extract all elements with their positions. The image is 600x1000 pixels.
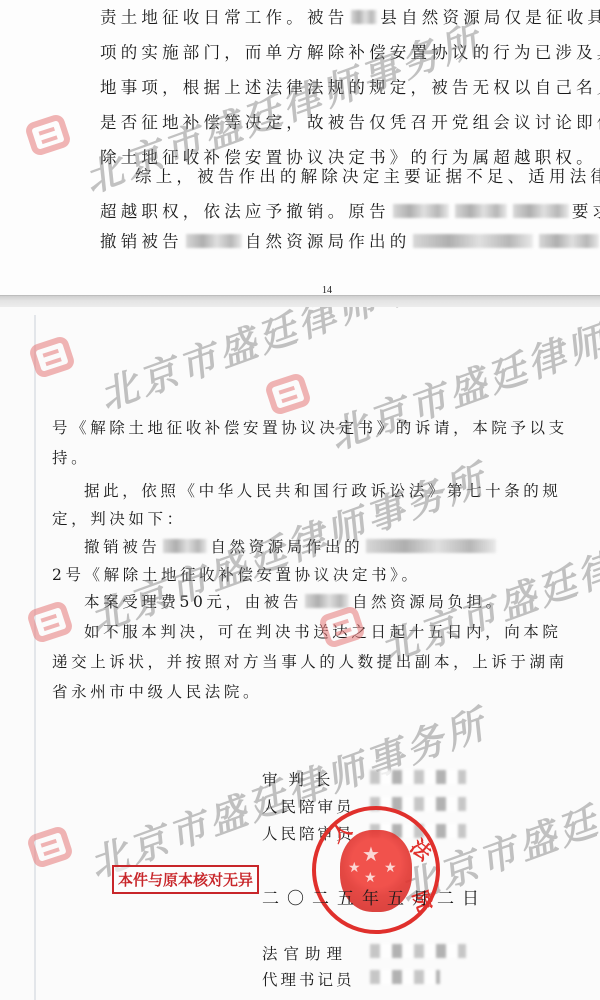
redacted-name [370, 970, 440, 984]
signature-role-acting-clerk: 代理书记员 [262, 968, 355, 990]
text-line: 项的实施部门，而单方解除补偿安置协议的行为已涉及具体征 [100, 43, 600, 63]
redacted-name [370, 770, 466, 784]
text-line: 2号《解除土地征收补偿安置协议决定书》。 [52, 565, 421, 585]
text-line: 持。 [52, 448, 90, 468]
redacted-text [163, 539, 207, 553]
text-line: 除土地征收补偿安置协议决定书》的行为属超越职权。 [100, 148, 597, 168]
certified-copy-stamp: 本件与原本核对无异 [112, 865, 259, 894]
text-line: 撤销被告自然资源局作出的 [84, 537, 499, 557]
redacted-text [186, 234, 242, 248]
signature-role-judge-assistant: 法官助理 [262, 942, 348, 964]
signature-role-chief-judge: 审 判 长 [262, 768, 333, 790]
text-line: 地事项，根据上述法律法规的规定，被告无权以自己名义作出 [100, 78, 600, 98]
page-margin-rule [34, 315, 36, 1000]
text-line: 本案受理费50元，由被告自然资源局负担。 [84, 592, 505, 612]
judgment-date: 二〇二五年五月二日 [262, 884, 487, 909]
text-line: 定，判决如下： [52, 509, 186, 529]
redacted-text [393, 204, 449, 218]
text-line: 撤销被告自然资源局作出的 [100, 232, 600, 252]
watermark-logo-icon [24, 113, 73, 158]
text-line: 是否征地补偿等决定，故被告仅凭召开党组会议讨论即作出《解 [100, 113, 600, 133]
redacted-text [539, 234, 599, 248]
text-line: 超越职权，依法应予撤销。原告要求 [100, 202, 600, 222]
watermark-text: 北京市盛廷律师事务所 [91, 307, 504, 420]
watermark-logo-icon [264, 372, 313, 417]
text-line: 递交上诉状，并按照对方当事人的人数提出副本，上诉于湖南 [52, 652, 568, 672]
redacted-text [305, 594, 349, 608]
text-line: 综上，被告作出的解除决定主要证据不足、适用法律错误、 [135, 167, 600, 187]
redacted-text [413, 234, 533, 248]
redacted-text [366, 539, 496, 553]
redacted-text [513, 204, 569, 218]
text-line: 如不服本判决，可在判决书送达之日起十五日内，向本院 [84, 622, 562, 642]
star-icon: ★ [384, 860, 397, 876]
court-seal: ★ ★ ★ ★ 人 法 院 [312, 806, 440, 934]
redacted-text [455, 204, 507, 218]
text-line: 号《解除土地征收补偿安置协议决定书》的诉请，本院予以支 [52, 418, 568, 438]
redacted-text [351, 10, 377, 24]
text-line: 省永州市中级人民法院。 [52, 682, 262, 702]
star-icon: ★ [362, 842, 380, 866]
document-page-14: 责土地征收日常工作。被告县自然资源局仅是征收具体事 项的实施部门，而单方解除补偿… [0, 0, 600, 295]
page-number: 14 [322, 285, 332, 295]
text-line: 责土地征收日常工作。被告县自然资源局仅是征收具体事 [100, 8, 600, 28]
redacted-name [370, 944, 466, 958]
star-icon: ★ [348, 860, 361, 876]
text-line: 据此，依照《中华人民共和国行政诉讼法》第七十条的规 [84, 481, 562, 501]
